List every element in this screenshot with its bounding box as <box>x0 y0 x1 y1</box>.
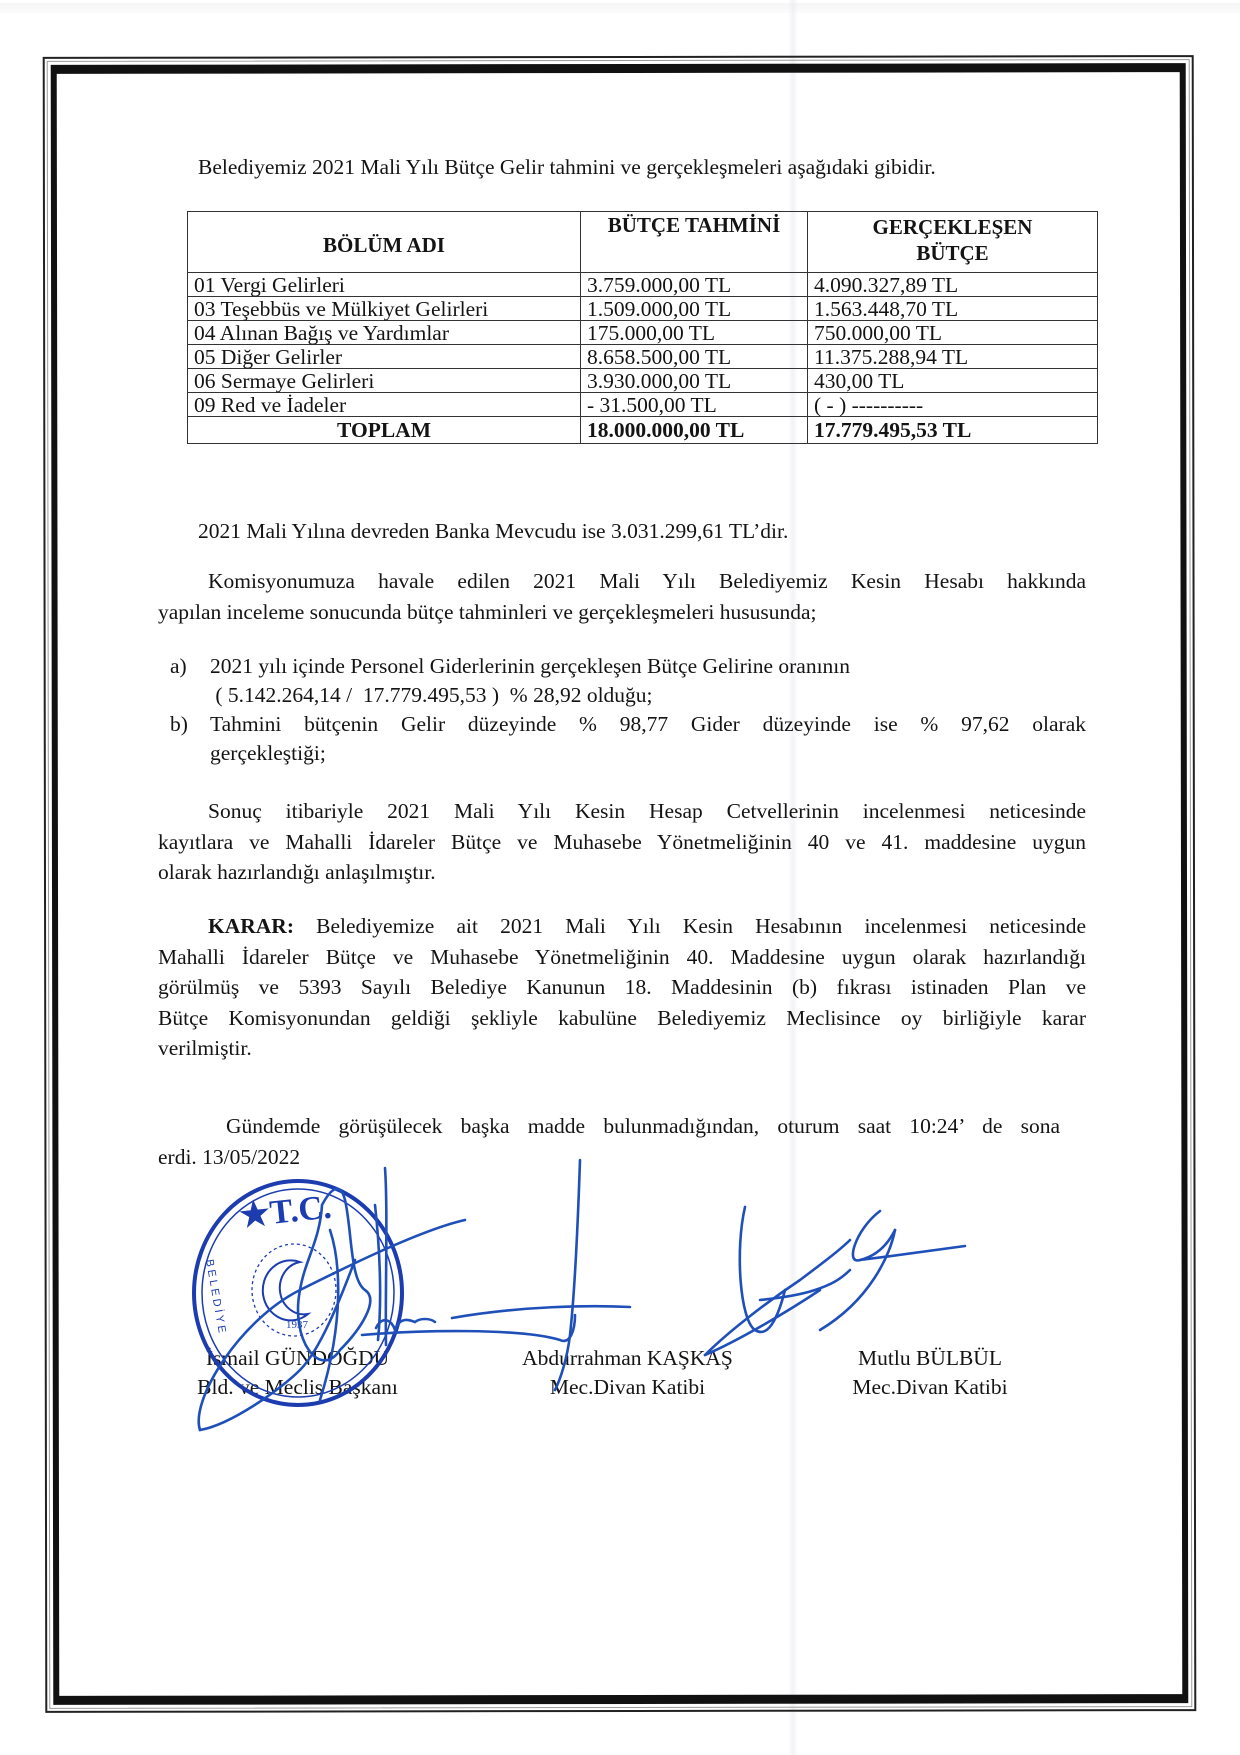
total-name: TOPLAM <box>188 417 581 444</box>
signatory-clerk-1: Abdurrahman KAŞKAŞ Mec.Divan Katibi <box>495 1344 760 1402</box>
signatory-chairman: İsmail GÜNDOĞDU Bld. ve Meclis Başkanı <box>190 1344 405 1402</box>
commission-line: Komisyonumuza havale edilen 2021 Mali Yı… <box>158 566 1086 597</box>
signatory-title: Bld. ve Meclis Başkanı <box>190 1373 405 1402</box>
signatory-name: Mutlu BÜLBÜL <box>830 1344 1030 1373</box>
cell-name: 03 Teşebbüs ve Mülkiyet Gelirleri <box>188 297 581 321</box>
cell-estimate: 1.509.000,00 TL <box>581 297 808 321</box>
cell-estimate: 175.000,00 TL <box>581 321 808 345</box>
cell-actual: 750.000,00 TL <box>808 321 1098 345</box>
scan-artifact <box>0 3 1240 13</box>
cell-name: 06 Sermaye Gelirleri <box>188 369 581 393</box>
cell-name: 01 Vergi Gelirleri <box>188 273 581 297</box>
table-row: 01 Vergi Gelirleri3.759.000,00 TL4.090.3… <box>188 273 1098 297</box>
decision-paragraph: KARAR: Belediyemize ait 2021 Mali Yılı K… <box>158 911 1086 1064</box>
cell-estimate: 3.930.000,00 TL <box>581 369 808 393</box>
commission-line: yapılan inceleme sonucunda bütçe tahminl… <box>158 597 1086 628</box>
decision-label: KARAR: <box>208 914 294 938</box>
conclusion-line: kayıtlara ve Mahalli İdareler Bütçe ve M… <box>158 827 1086 858</box>
cell-estimate: 3.759.000,00 TL <box>581 273 808 297</box>
finding-line: Tahmini bütçenin Gelir düzeyinde % 98,77… <box>210 710 1086 739</box>
conclusion-line: Sonuç itibariyle 2021 Mali Yılı Kesin He… <box>158 796 1086 827</box>
signatory-name: İsmail GÜNDOĞDU <box>190 1344 405 1373</box>
table-total-row: TOPLAM18.000.000,00 TL17.779.495,53 TL <box>188 417 1098 444</box>
finding-a: a) 2021 yılı içinde Personel Giderlerini… <box>158 652 1086 710</box>
signatory-name: Abdurrahman KAŞKAŞ <box>495 1344 760 1373</box>
table-row: 03 Teşebbüs ve Mülkiyet Gelirleri1.509.0… <box>188 297 1098 321</box>
finding-marker: a) <box>170 652 187 681</box>
budget-table: BÖLÜM ADI BÜTÇE TAHMİNİ GERÇEKLEŞEN BÜTÇ… <box>187 211 1098 444</box>
cell-actual: ( - ) ---------- <box>808 393 1098 417</box>
cell-actual: 4.090.327,89 TL <box>808 273 1098 297</box>
signatory-title: Mec.Divan Katibi <box>495 1373 760 1402</box>
decision-line: Bütçe Komisyonundan geldiği şekliyle kab… <box>158 1003 1086 1034</box>
header-actual-line1: GERÇEKLEŞEN <box>873 215 1033 239</box>
commission-paragraph: Komisyonumuza havale edilen 2021 Mali Yı… <box>158 566 1086 627</box>
decision-line: Mahalli İdareler Bütçe ve Muhasebe Yönet… <box>158 942 1086 973</box>
bank-balance-text: 2021 Mali Yılına devreden Banka Mevcudu … <box>198 516 788 546</box>
finding-line: gerçekleştiği; <box>210 739 1086 768</box>
header-section-name: BÖLÜM ADI <box>188 212 581 273</box>
signatory-title: Mec.Divan Katibi <box>830 1373 1030 1402</box>
findings-list: a) 2021 yılı içinde Personel Giderlerini… <box>158 652 1086 768</box>
decision-line: görülmüş ve 5393 Sayılı Belediye Kanunun… <box>158 972 1086 1003</box>
decision-line: KARAR: Belediyemize ait 2021 Mali Yılı K… <box>158 911 1086 942</box>
table-row: 09 Red ve İadeler- 31.500,00 TL( - ) ---… <box>188 393 1098 417</box>
intro-text: Belediyemiz 2021 Mali Yılı Bütçe Gelir t… <box>198 152 936 182</box>
conclusion-paragraph: Sonuç itibariyle 2021 Mali Yılı Kesin He… <box>158 796 1086 888</box>
conclusion-line: olarak hazırlandığı anlaşılmıştır. <box>158 857 1086 888</box>
cell-name: 04 Alınan Bağış ve Yardımlar <box>188 321 581 345</box>
closing-line: erdi. 13/05/2022 <box>158 1142 1060 1173</box>
table-row: 04 Alınan Bağış ve Yardımlar175.000,00 T… <box>188 321 1098 345</box>
closing-paragraph: Gündemde görüşülecek başka madde bulunma… <box>158 1111 1060 1172</box>
cell-name: 05 Diğer Gelirler <box>188 345 581 369</box>
header-actual-line2: BÜTÇE <box>916 241 988 265</box>
cell-estimate: - 31.500,00 TL <box>581 393 808 417</box>
finding-b: b) Tahmini bütçenin Gelir düzeyinde % 98… <box>158 710 1086 768</box>
cell-estimate: 8.658.500,00 TL <box>581 345 808 369</box>
header-budget-estimate: BÜTÇE TAHMİNİ <box>581 212 808 273</box>
table-row: 05 Diğer Gelirler8.658.500,00 TL11.375.2… <box>188 345 1098 369</box>
header-actual-budget: GERÇEKLEŞEN BÜTÇE <box>808 212 1098 273</box>
finding-line: ( 5.142.264,14 / 17.779.495,53 ) % 28,92… <box>210 681 1086 710</box>
cell-actual: 1.563.448,70 TL <box>808 297 1098 321</box>
cell-actual: 430,00 TL <box>808 369 1098 393</box>
cell-name: 09 Red ve İadeler <box>188 393 581 417</box>
total-estimate: 18.000.000,00 TL <box>581 417 808 444</box>
table-header-row: BÖLÜM ADI BÜTÇE TAHMİNİ GERÇEKLEŞEN BÜTÇ… <box>188 212 1098 273</box>
finding-line: 2021 yılı içinde Personel Giderlerinin g… <box>210 652 1086 681</box>
finding-marker: b) <box>170 710 188 739</box>
total-actual: 17.779.495,53 TL <box>808 417 1098 444</box>
decision-first-line: Belediyemize ait 2021 Mali Yılı Kesin He… <box>294 914 1086 938</box>
decision-line: verilmiştir. <box>158 1033 1086 1064</box>
cell-actual: 11.375.288,94 TL <box>808 345 1098 369</box>
table-row: 06 Sermaye Gelirleri3.930.000,00 TL430,0… <box>188 369 1098 393</box>
closing-line: Gündemde görüşülecek başka madde bulunma… <box>158 1111 1060 1142</box>
signatory-clerk-2: Mutlu BÜLBÜL Mec.Divan Katibi <box>830 1344 1030 1402</box>
